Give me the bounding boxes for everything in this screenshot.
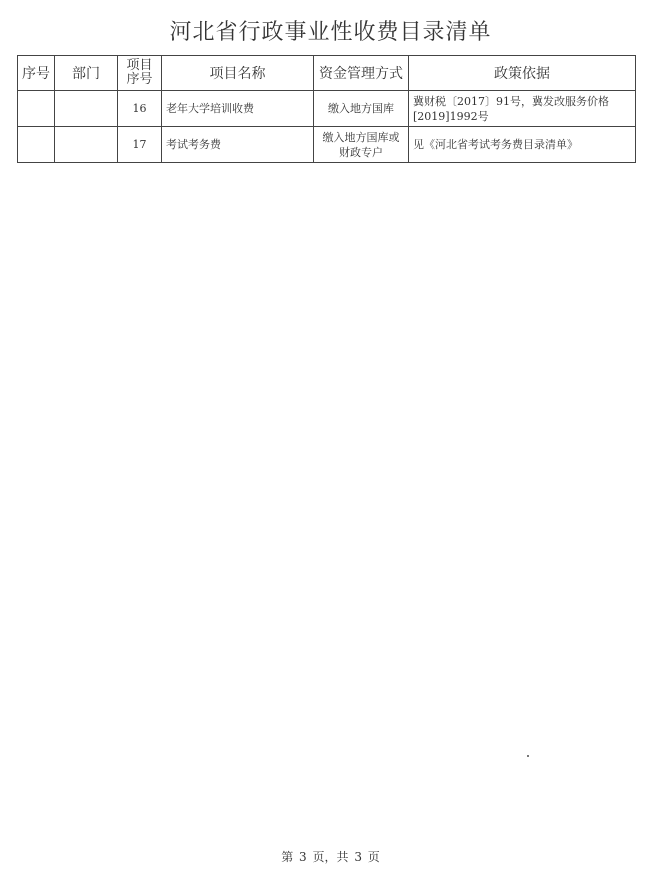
scan-artifact <box>527 755 529 757</box>
header-item-name: 项目名称 <box>162 56 314 91</box>
table-row: 17 考试考务费 缴入地方国库或 财政专户 见《河北省考试考务费目录清单》 <box>18 127 636 163</box>
fund-mgmt-line1: 缴入地方国库 <box>318 101 404 116</box>
header-item-seq-line1: 项目 <box>122 59 157 73</box>
fee-catalog-table: 序号 部门 项目 序号 项目名称 资金管理方式 政策依据 16 老年大学培训收费… <box>17 55 636 163</box>
page-indicator: 第 3 页，共 3 页 <box>0 848 661 865</box>
fund-mgmt-line1: 缴入地方国库或 <box>318 130 404 145</box>
header-seq: 序号 <box>18 56 55 91</box>
header-fund-mgmt: 资金管理方式 <box>314 56 409 91</box>
cell-seq <box>18 91 55 127</box>
cell-fund-mgmt: 缴入地方国库 <box>314 91 409 127</box>
header-policy: 政策依据 <box>409 56 636 91</box>
header-item-seq-line2: 序号 <box>122 73 157 87</box>
cell-item-seq: 16 <box>118 91 162 127</box>
header-dept: 部门 <box>55 56 118 91</box>
table-row: 16 老年大学培训收费 缴入地方国库 冀财税〔2017〕91号，冀发改服务价格 … <box>18 91 636 127</box>
cell-fund-mgmt: 缴入地方国库或 财政专户 <box>314 127 409 163</box>
policy-line2: [2019]1992号 <box>413 109 631 124</box>
header-item-seq: 项目 序号 <box>118 56 162 91</box>
cell-item-seq: 17 <box>118 127 162 163</box>
cell-policy: 见《河北省考试考务费目录清单》 <box>409 127 636 163</box>
cell-item-name: 老年大学培训收费 <box>162 91 314 127</box>
policy-line1: 冀财税〔2017〕91号，冀发改服务价格 <box>413 94 631 109</box>
fund-mgmt-line2: 财政专户 <box>318 145 404 160</box>
cell-policy: 冀财税〔2017〕91号，冀发改服务价格 [2019]1992号 <box>409 91 636 127</box>
policy-line1: 见《河北省考试考务费目录清单》 <box>413 137 631 152</box>
cell-seq <box>18 127 55 163</box>
cell-dept <box>55 127 118 163</box>
table-header-row: 序号 部门 项目 序号 项目名称 资金管理方式 政策依据 <box>18 56 636 91</box>
cell-item-name: 考试考务费 <box>162 127 314 163</box>
document-title: 河北省行政事业性收费目录清单 <box>0 15 661 46</box>
cell-dept <box>55 91 118 127</box>
